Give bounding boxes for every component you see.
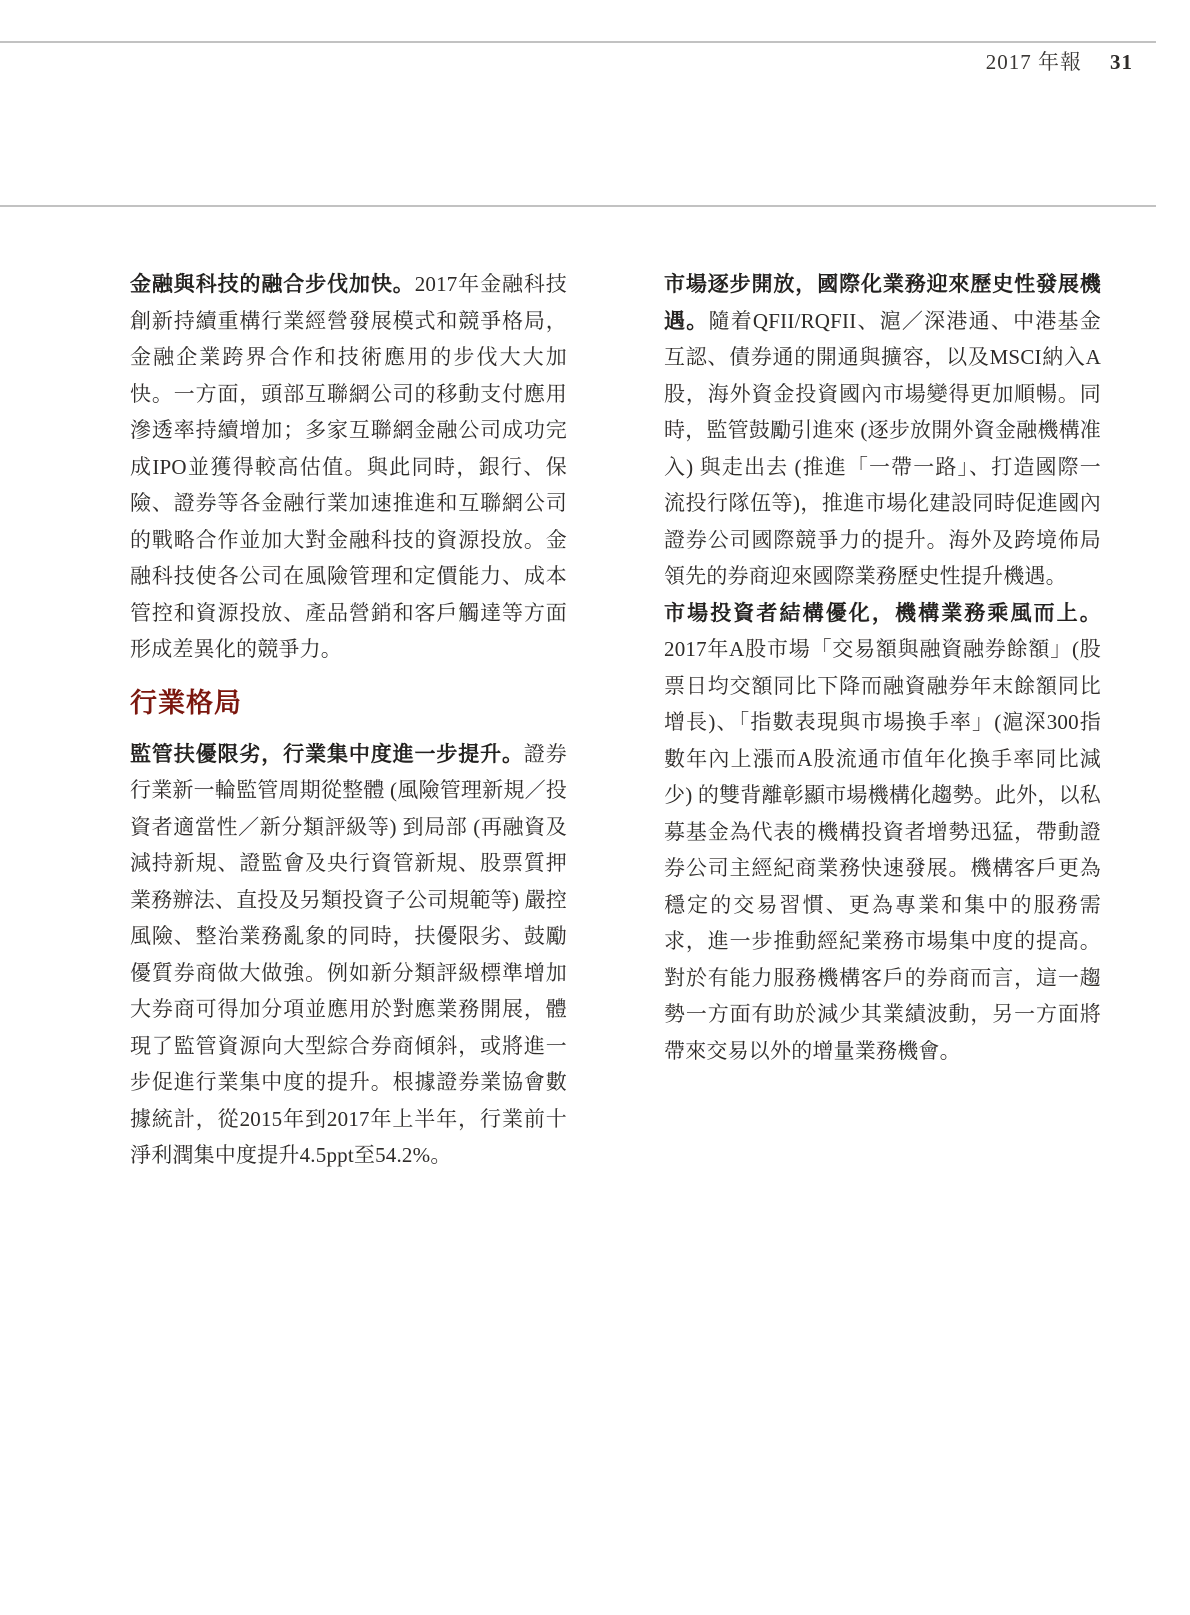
- paragraph-market-opening: 市場逐步開放，國際化業務迎來歷史性發展機遇。隨着QFII/RQFII、滬／深港通…: [664, 266, 1101, 595]
- paragraph-fintech-body: 2017年金融科技創新持續重構行業經營發展模式和競爭格局，金融企業跨界合作和技術…: [130, 272, 567, 661]
- paragraph-fintech-lead: 金融與科技的融合步伐加快。: [130, 272, 415, 296]
- report-title: 2017 年報: [986, 46, 1082, 76]
- paragraph-regulation: 監管扶優限劣，行業集中度進一步提升。證券行業新一輪監管周期從整體 (風險管理新規…: [130, 736, 567, 1174]
- paragraph-investor-structure: 市場投資者結構優化，機構業務乘風而上。2017年A股市場「交易額與融資融券餘額」…: [664, 595, 1101, 1070]
- left-column: 金融與科技的融合步伐加快。2017年金融科技創新持續重構行業經營發展模式和競爭格…: [130, 266, 567, 1174]
- paragraph-investor-structure-body: 2017年A股市場「交易額與融資融券餘額」(股票日均交額同比下降而融資融券年末餘…: [664, 637, 1101, 1063]
- page-header: 2017 年報 31: [986, 46, 1133, 76]
- paragraph-regulation-body: 證券行業新一輪監管周期從整體 (風險管理新規／投資者適當性／新分類評級等) 到局…: [130, 742, 567, 1168]
- paragraph-market-opening-body: 隨着QFII/RQFII、滬／深港通、中港基金互認、債券通的開通與擴容，以及MS…: [664, 309, 1101, 589]
- paragraph-regulation-lead: 監管扶優限劣，行業集中度進一步提升。: [130, 742, 524, 766]
- top-rule: [0, 41, 1156, 43]
- header-divider-rule: [0, 205, 1156, 207]
- page-number: 31: [1110, 50, 1133, 75]
- paragraph-investor-structure-lead: 市場投資者結構優化，機構業務乘風而上。: [664, 601, 1101, 625]
- paragraph-fintech: 金融與科技的融合步伐加快。2017年金融科技創新持續重構行業經營發展模式和競爭格…: [130, 266, 567, 668]
- section-heading-industry-landscape: 行業格局: [130, 687, 567, 719]
- right-column: 市場逐步開放，國際化業務迎來歷史性發展機遇。隨着QFII/RQFII、滬／深港通…: [664, 266, 1101, 1069]
